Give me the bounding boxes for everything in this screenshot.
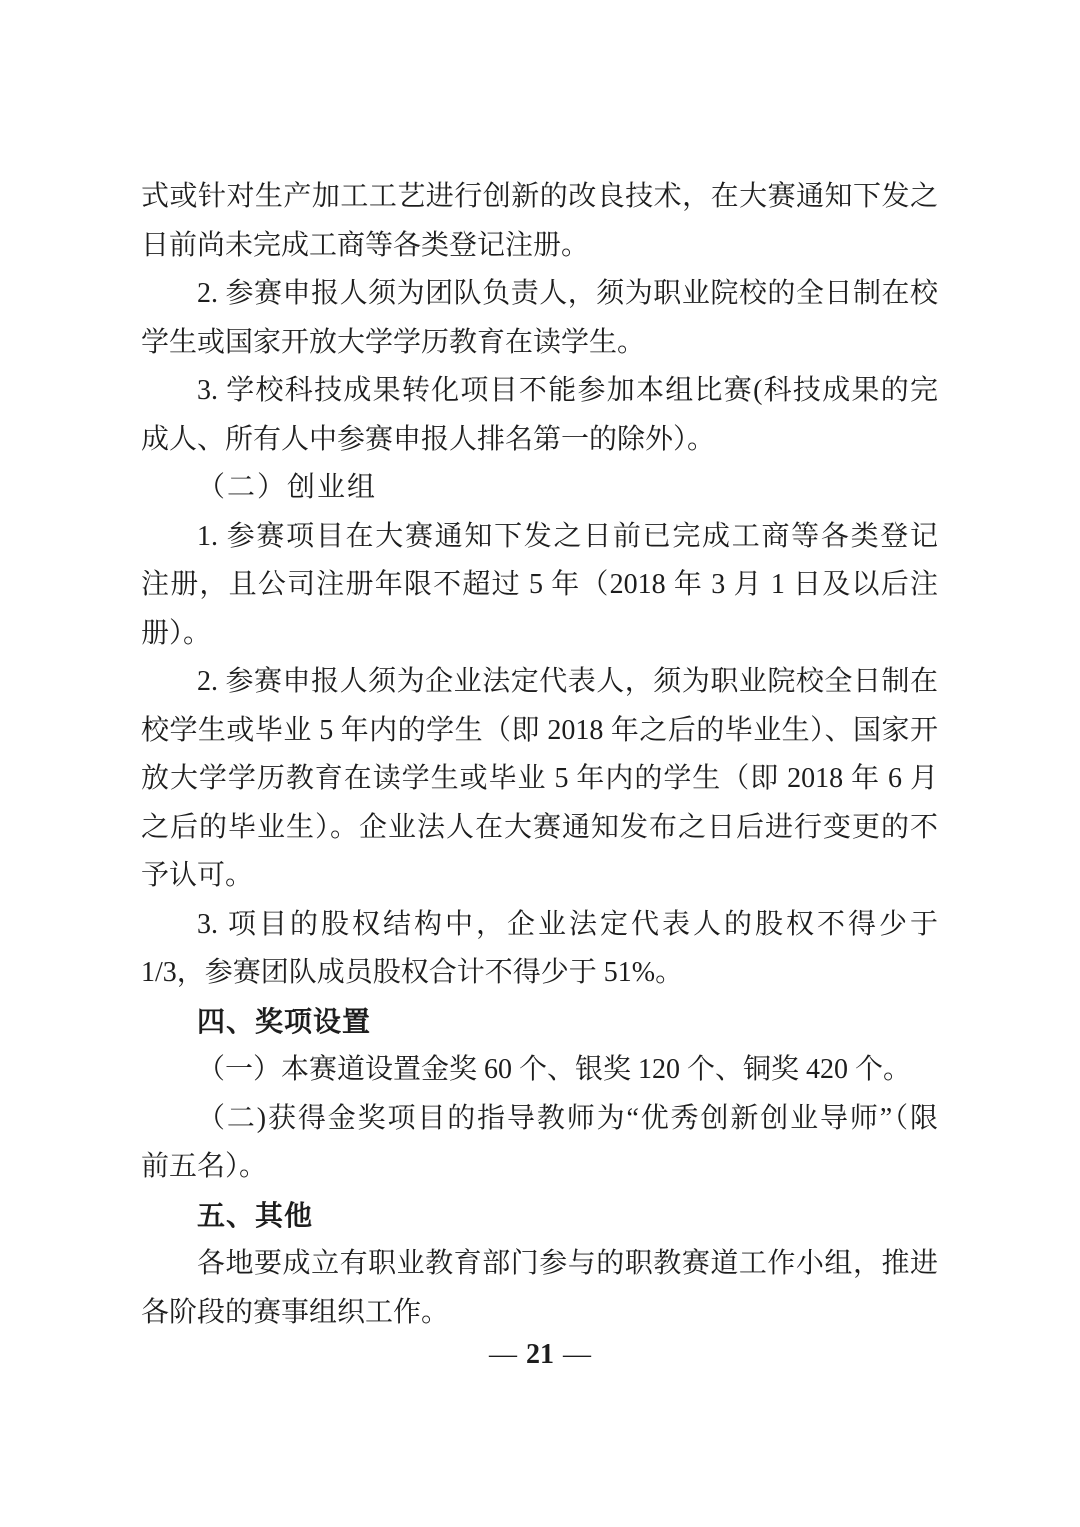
text-line: 2. 参赛申报人须为团队负责人，须为职业院校的全日制在校 <box>141 270 938 319</box>
text-line: 各阶段的赛事组织工作。 <box>141 1289 938 1338</box>
document-content: 式或针对生产加工工艺进行创新的改良技术，在大赛通知下发之日前尚未完成工商等各类登… <box>141 173 938 1337</box>
text-line: 成人、所有人中参赛申报人排名第一的除外）。 <box>141 416 938 465</box>
text-line: 3. 项目的股权结构中，企业法定代表人的股权不得少于 <box>141 901 938 950</box>
paragraph: （二)获得金奖项目的指导教师为“优秀创新创业导师”（限前五名）。 <box>141 1095 938 1192</box>
sub-heading: （二）创业组 <box>141 464 938 513</box>
text-line: 式或针对生产加工工艺进行创新的改良技术，在大赛通知下发之 <box>141 173 938 222</box>
text-line: 学生或国家开放大学学历教育在读学生。 <box>141 319 938 368</box>
text-line: 1/3，参赛团队成员股权合计不得少于 51%。 <box>141 949 938 998</box>
text-line: （二)获得金奖项目的指导教师为“优秀创新创业导师”（限 <box>141 1095 938 1144</box>
text-line: 之后的毕业生）。企业法人在大赛通知发布之日后进行变更的不 <box>141 804 938 853</box>
paragraph: 2. 参赛申报人须为团队负责人，须为职业院校的全日制在校学生或国家开放大学学历教… <box>141 270 938 367</box>
text-line: 3. 学校科技成果转化项目不能参加本组比赛(科技成果的完 <box>141 367 938 416</box>
text-line: 放大学学历教育在读学生或毕业 5 年内的学生（即 2018 年 6 月 <box>141 755 938 804</box>
paragraph: （一）本赛道设置金奖 60 个、银奖 120 个、铜奖 420 个。 <box>141 1046 938 1095</box>
text-line: 校学生或毕业 5 年内的学生（即 2018 年之后的毕业生）、国家开 <box>141 707 938 756</box>
footer-dash-left: — <box>489 1339 517 1370</box>
paragraph: 各地要成立有职业教育部门参与的职教赛道工作小组，推进各阶段的赛事组织工作。 <box>141 1240 938 1337</box>
page-number: 21 <box>526 1339 554 1370</box>
footer-dash-right: — <box>563 1339 591 1370</box>
page-footer: —21— <box>0 1334 1080 1376</box>
text-line: 前五名）。 <box>141 1143 938 1192</box>
text-line: （二）创业组 <box>141 464 938 513</box>
text-line: 册）。 <box>141 610 938 659</box>
paragraph: 式或针对生产加工工艺进行创新的改良技术，在大赛通知下发之日前尚未完成工商等各类登… <box>141 173 938 270</box>
text-line: 1. 参赛项目在大赛通知下发之日前已完成工商等各类登记 <box>141 513 938 562</box>
text-line: （一）本赛道设置金奖 60 个、银奖 120 个、铜奖 420 个。 <box>141 1046 938 1095</box>
paragraph: 1. 参赛项目在大赛通知下发之日前已完成工商等各类登记注册，且公司注册年限不超过… <box>141 513 938 659</box>
document-page: 式或针对生产加工工艺进行创新的改良技术，在大赛通知下发之日前尚未完成工商等各类登… <box>0 0 1080 1527</box>
section-heading: 五、其他 <box>141 1192 938 1241</box>
text-line: 五、其他 <box>141 1192 938 1241</box>
section-heading: 四、奖项设置 <box>141 998 938 1047</box>
paragraph: 3. 项目的股权结构中，企业法定代表人的股权不得少于1/3，参赛团队成员股权合计… <box>141 901 938 998</box>
text-line: 2. 参赛申报人须为企业法定代表人，须为职业院校全日制在 <box>141 658 938 707</box>
text-line: 予认可。 <box>141 852 938 901</box>
paragraph: 2. 参赛申报人须为企业法定代表人，须为职业院校全日制在校学生或毕业 5 年内的… <box>141 658 938 901</box>
text-line: 四、奖项设置 <box>141 998 938 1047</box>
text-line: 注册，且公司注册年限不超过 5 年（2018 年 3 月 1 日及以后注 <box>141 561 938 610</box>
text-line: 各地要成立有职业教育部门参与的职教赛道工作小组，推进 <box>141 1240 938 1289</box>
text-line: 日前尚未完成工商等各类登记注册。 <box>141 222 938 271</box>
paragraph: 3. 学校科技成果转化项目不能参加本组比赛(科技成果的完成人、所有人中参赛申报人… <box>141 367 938 464</box>
